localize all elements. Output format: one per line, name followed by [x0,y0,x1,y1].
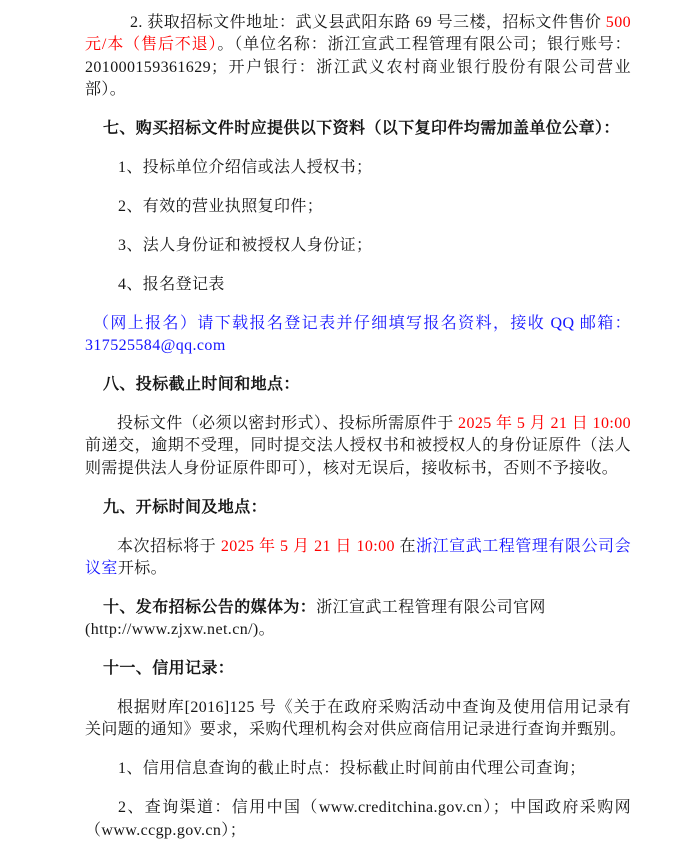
list-item-credit-query-time: 1、信用信息查询的截止时点：投标截止时间前由代理公司查询； [85,758,631,780]
document-page: 2. 获取招标文件地址：武义县武阳东路 69 号三楼，招标文件售价 500 元/… [0,0,689,851]
list-item-registration-form: 4、报名登记表 [85,274,631,296]
list-item-business-license: 2、有效的营业执照复印件； [85,196,631,218]
text-run: 投标文件（必须以密封形式）、投标所需原件于 [117,415,458,432]
text-run: 2. 获取招标文件地址：武义县武阳东路 69 号三楼，招标文件售价 [130,14,606,31]
online-registration-note: （网上报名）请下载报名登记表并仔细填写报名资料，接收 QQ 邮箱：3175255… [85,315,631,354]
deadline-datetime: 2025 年 5 月 21 日 10:00 [458,415,631,432]
paragraph-obtain-documents: 2. 获取招标文件地址：武义县武阳东路 69 号三楼，招标文件售价 500 元/… [85,12,631,102]
list-item-intro-letter: 1、投标单位介绍信或法人授权书； [85,157,631,179]
section-11-heading: 十一、信用记录： [85,658,631,680]
section-10-heading: 十、发布招标公告的媒体为：浙江宣武工程管理有限公司官网(http://www.z… [85,597,631,642]
text-run: 开标。 [118,560,167,577]
section-9-heading: 九、开标时间及地点： [85,497,631,519]
opening-datetime: 2025 年 5 月 21 日 10:00 [221,538,400,555]
list-item-id-cards: 3、法人身份证和被授权人身份证； [85,235,631,257]
section-8-heading: 八、投标截止时间和地点： [85,374,631,396]
section-7-heading: 七、购买招标文件时应提供以下资料（以下复印件均需加盖单位公章）： [85,118,631,140]
section-10-label: 十、发布招标公告的媒体为： [103,599,316,616]
media-name: 浙江宣武工程管理有限公司官网 [316,599,546,616]
text-run: 前递交，逾期不受理，同时提交法人授权书和被授权人的身份证原件（法人则需提供法人身… [85,437,631,476]
paragraph-credit-record-intro: 根据财库[2016]125 号《关于在政府采购活动中查询及使用信用记录有关问题的… [85,697,631,742]
text-run: 在 [400,538,417,555]
text-run: 本次招标将于 [117,538,221,555]
paragraph-online-registration: （网上报名）请下载报名登记表并仔细填写报名资料，接收 QQ 邮箱：3175255… [85,313,631,358]
media-url: (http://www.zjxw.net.cn/)。 [85,621,275,638]
paragraph-bid-deadline: 投标文件（必须以密封形式）、投标所需原件于 2025 年 5 月 21 日 10… [85,413,631,480]
list-item-credit-query-channels: 2、查询渠道：信用中国（www.creditchina.gov.cn）；中国政府… [85,797,631,842]
paragraph-bid-opening: 本次招标将于 2025 年 5 月 21 日 10:00 在浙江宣武工程管理有限… [85,536,631,581]
